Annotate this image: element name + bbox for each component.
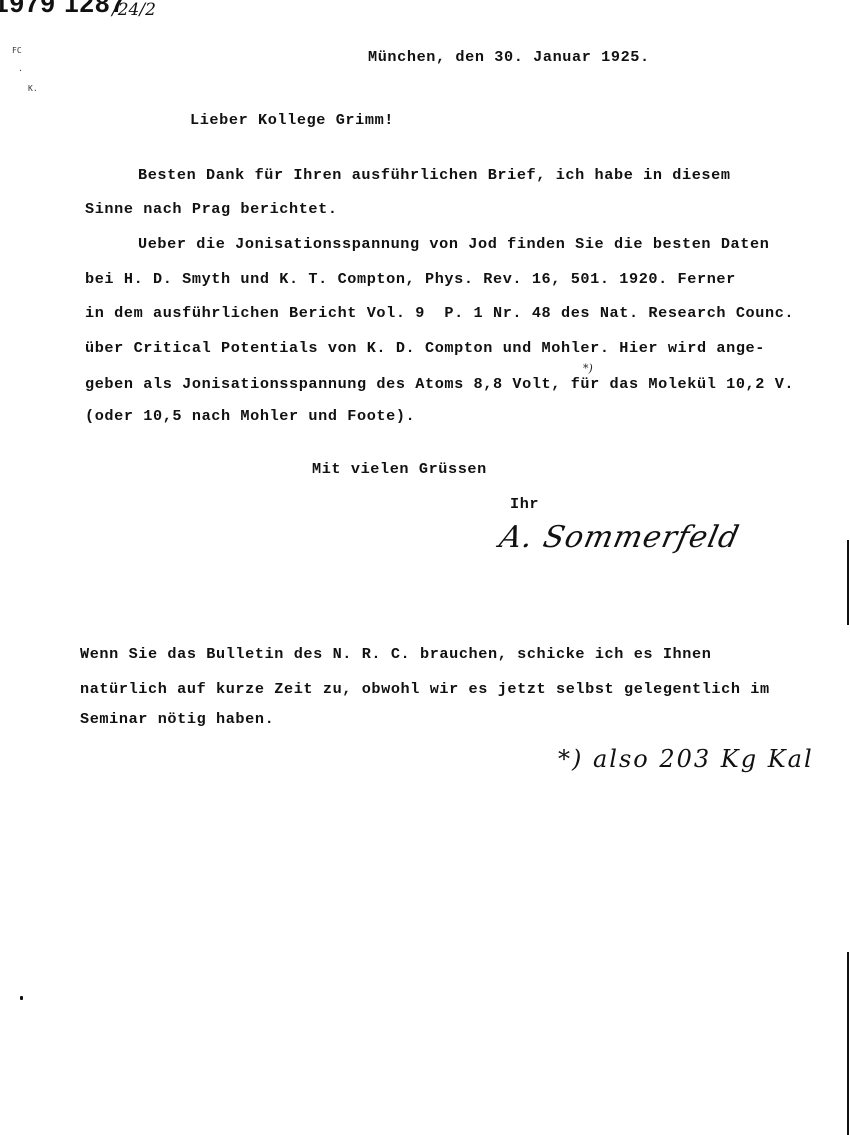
body-line: in dem ausführlichen Bericht Vol. 9 P. 1… [85,304,794,322]
archive-stamp-handwritten: /24/2 [112,0,156,20]
handwritten-footnote: *) also 203 Kg Kal [558,745,814,773]
closing-pronoun: Ihr [510,495,539,513]
body-line: über Critical Potentials von K. D. Compt… [85,339,765,357]
margin-mark-2: · [18,66,23,75]
body-line: geben als Jonisationsspannung des Atoms … [85,375,794,393]
page-edge-line [847,540,849,625]
postscript-line: Seminar nötig haben. [80,710,274,728]
closing: Mit vielen Grüssen [312,460,487,478]
footnote-marker: *) [583,362,593,375]
body-line: (oder 10,5 nach Mohler und Foote). [85,407,415,425]
body-line: bei H. D. Smyth und K. T. Compton, Phys.… [85,270,736,288]
margin-mark-3: K. [28,84,38,93]
letter-page: 1979 1287 /24/2 FC · K. München, den 30.… [0,0,850,1135]
ink-speck [20,996,23,1000]
salutation: Lieber Kollege Grimm! [190,111,394,129]
place-date: München, den 30. Januar 1925. [368,48,650,66]
body-line: Sinne nach Prag berichtet. [85,200,338,218]
archive-stamp-number: 1979 1287 [0,0,126,18]
margin-mark-1: FC [12,46,22,55]
body-line: Besten Dank für Ihren ausführlichen Brie… [138,166,731,184]
postscript-line: Wenn Sie das Bulletin des N. R. C. brauc… [80,645,711,663]
page-edge-line [847,952,849,1135]
postscript-line: natürlich auf kurze Zeit zu, obwohl wir … [80,680,770,698]
signature: A. Sommerfeld [496,520,742,555]
body-line: Ueber die Jonisationsspannung von Jod fi… [138,235,769,253]
archive-stamp: 1979 1287 [0,0,126,19]
